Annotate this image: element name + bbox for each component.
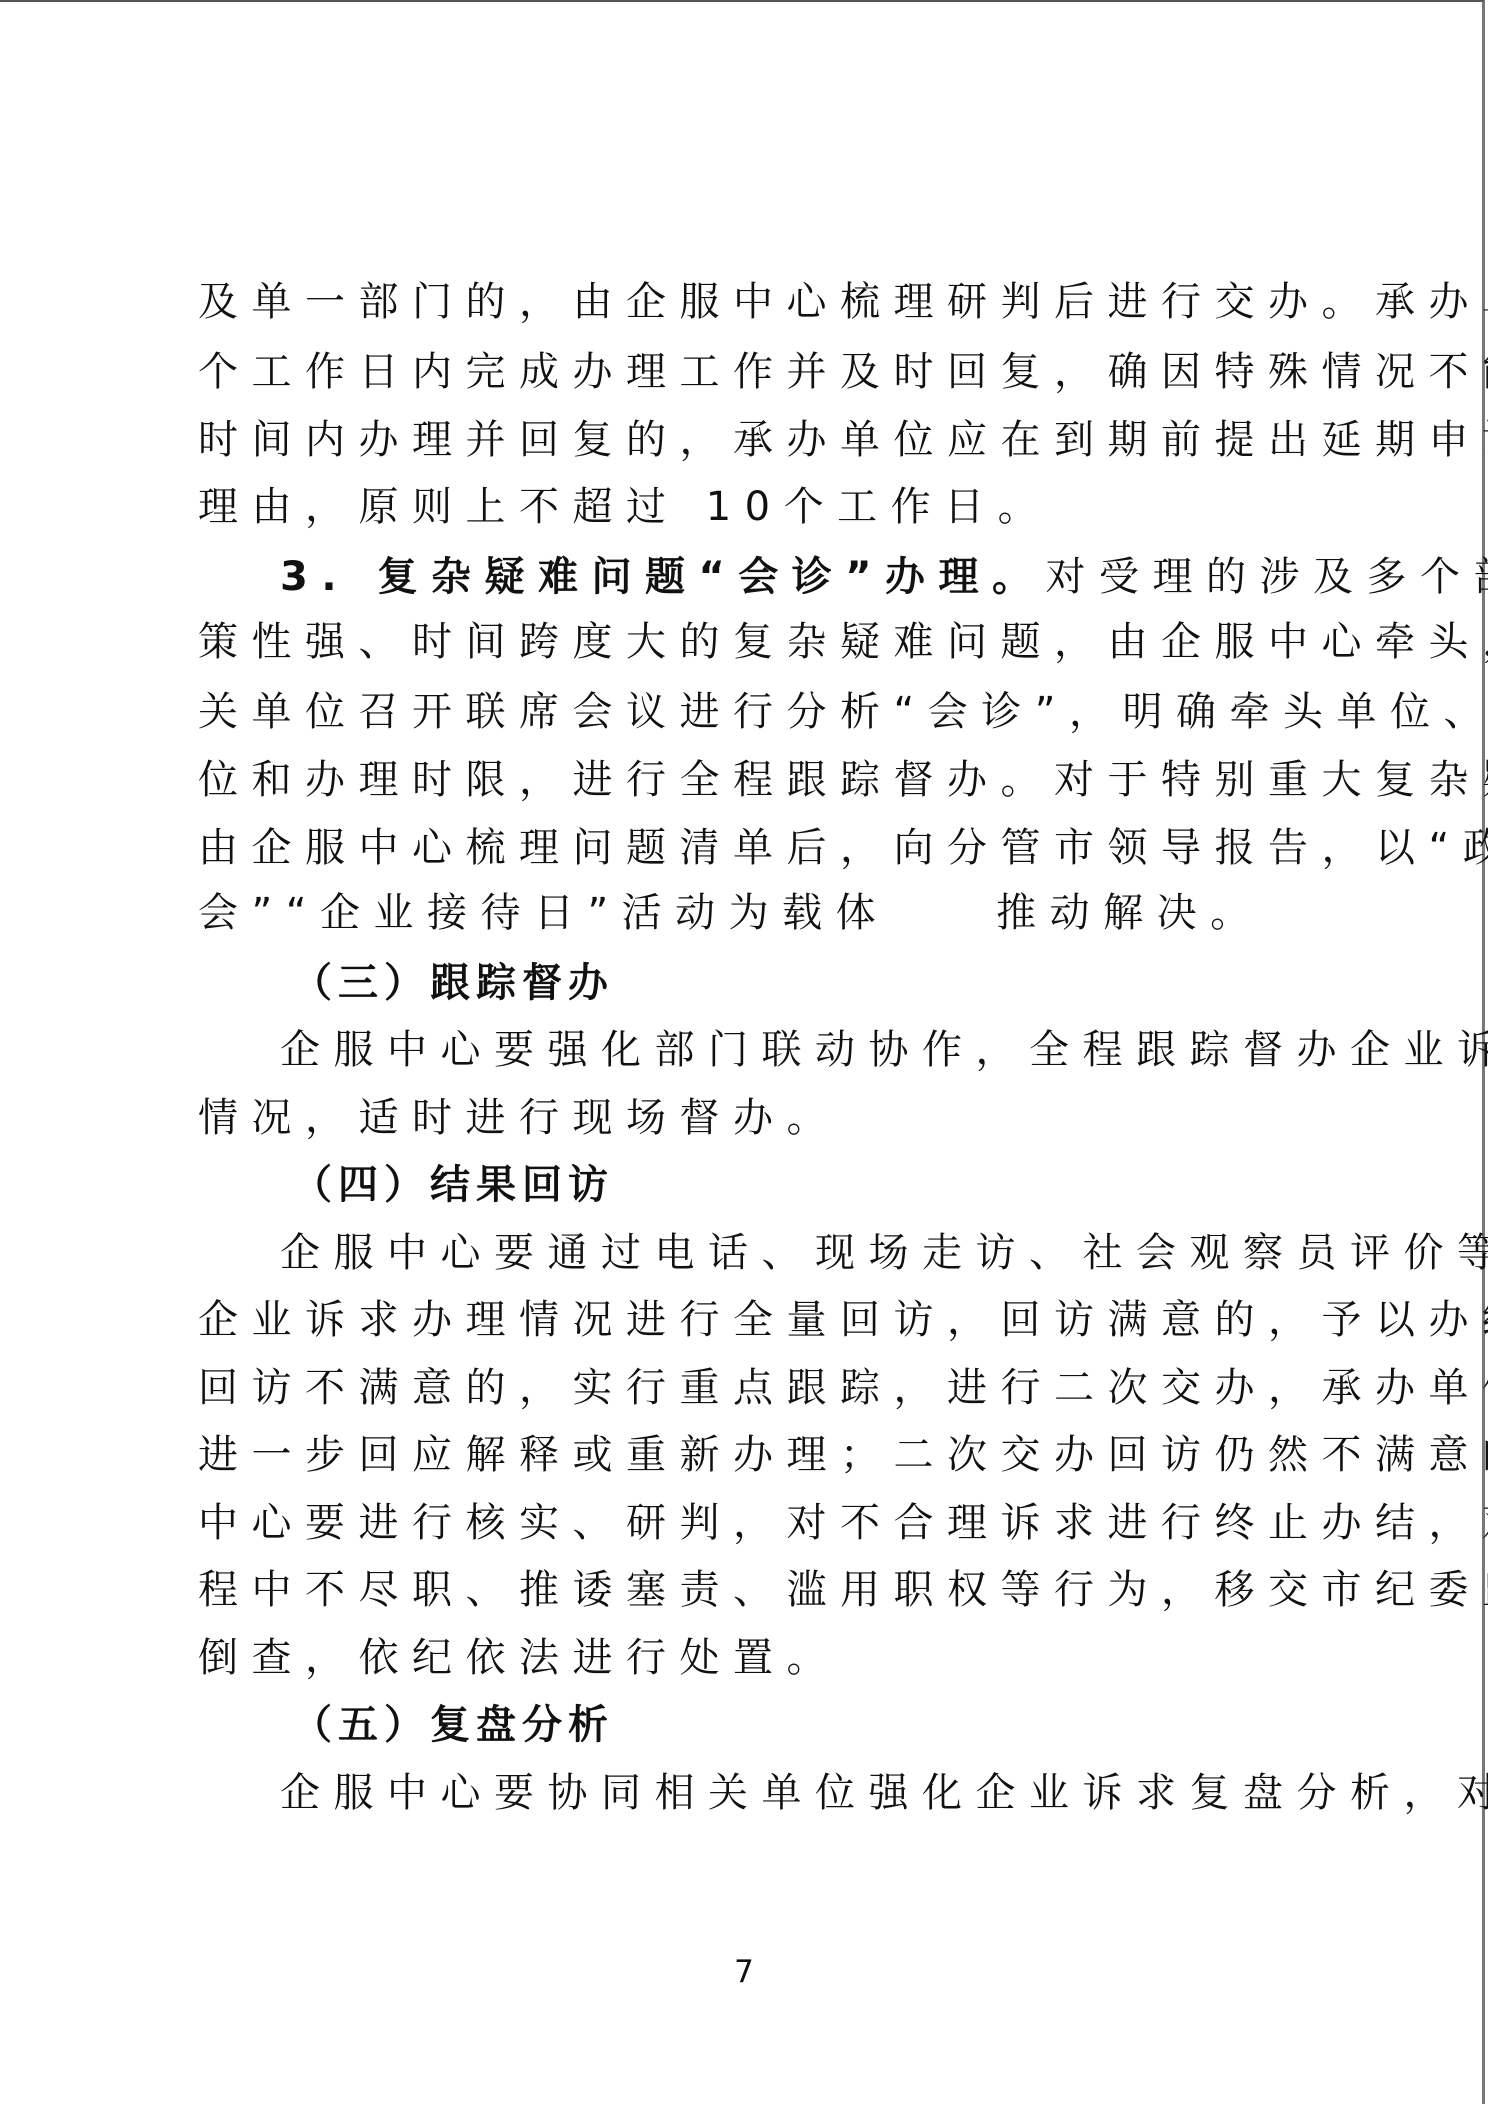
paragraph-line: 会”“企业接待日”活动为载体 推动解决。 [198,885,1308,941]
paragraph-line: 倒查，依纪依法进行处置。 [198,1630,1308,1686]
paragraph-line: 企服中心要强化部门联动协作，全程跟踪督办企业诉求办理 [280,1022,1310,1078]
section-heading-tracking: （三）跟踪督办 [292,955,1402,1011]
item-3-title: 3. 复杂疑难问题“会诊”办理。 [280,554,1046,600]
paragraph-line: 及单一部门的，由企服中心梳理研判后进行交办。承办单位在 5 [198,274,1308,330]
paragraph-line: 理由，原则上不超过 10个工作日。 [198,479,1308,535]
paragraph-line: 情况，适时进行现场督办。 [198,1090,1308,1146]
paragraph-line: 位和办理时限，进行全程跟踪督办。对于特别重大复杂疑难问题， [198,752,1308,808]
paragraph-line: 进一步回应解释或重新办理；二次交办回访仍然不满意的，企服 [198,1427,1308,1483]
paragraph-line: 企服中心要协同相关单位强化企业诉求复盘分析，对共性问 [280,1765,1310,1821]
item-3-text: 对受理的涉及多个部门或政 [1046,554,1488,600]
paragraph-line: 由企服中心梳理问题清单后，向分管市领导报告，以“政企座谈 [198,820,1308,876]
paragraph-line: 回访不满意的，实行重点跟踪，进行二次交办，承办单位要作出 [198,1360,1308,1416]
paragraph-line: 个工作日内完成办理工作并及时回复，确因特殊情况不能在规定 [198,344,1308,400]
paragraph-line: 时间内办理并回复的，承办单位应在到期前提出延期申请并说明 [198,412,1308,468]
section-heading-followup: （四）结果回访 [292,1157,1402,1213]
page-number: 7 [0,1952,1488,1992]
section-heading-review: （五）复盘分析 [292,1697,1402,1753]
paragraph-line: 中心要进行核实、研判，对不合理诉求进行终止办结，对办理过 [198,1495,1308,1551]
paragraph-line: 关单位召开联席会议进行分析“会诊”，明确牵头单位、责任单 [198,684,1308,740]
paragraph-line: 企服中心要通过电话、现场走访、社会观察员评价等方式对 [280,1225,1310,1281]
paragraph-line: 企业诉求办理情况进行全量回访，回访满意的，予以办结销号； [198,1292,1308,1348]
paragraph-line: 程中不尽职、推诿塞责、滥用职权等行为，移交市纪委监委进行 [198,1562,1308,1618]
paragraph-line-item-3: 3. 复杂疑难问题“会诊”办理。对受理的涉及多个部门或政 [280,549,1310,605]
paragraph-line: 策性强、时间跨度大的复杂疑难问题，由企服中心牵头，组织相 [198,614,1308,670]
